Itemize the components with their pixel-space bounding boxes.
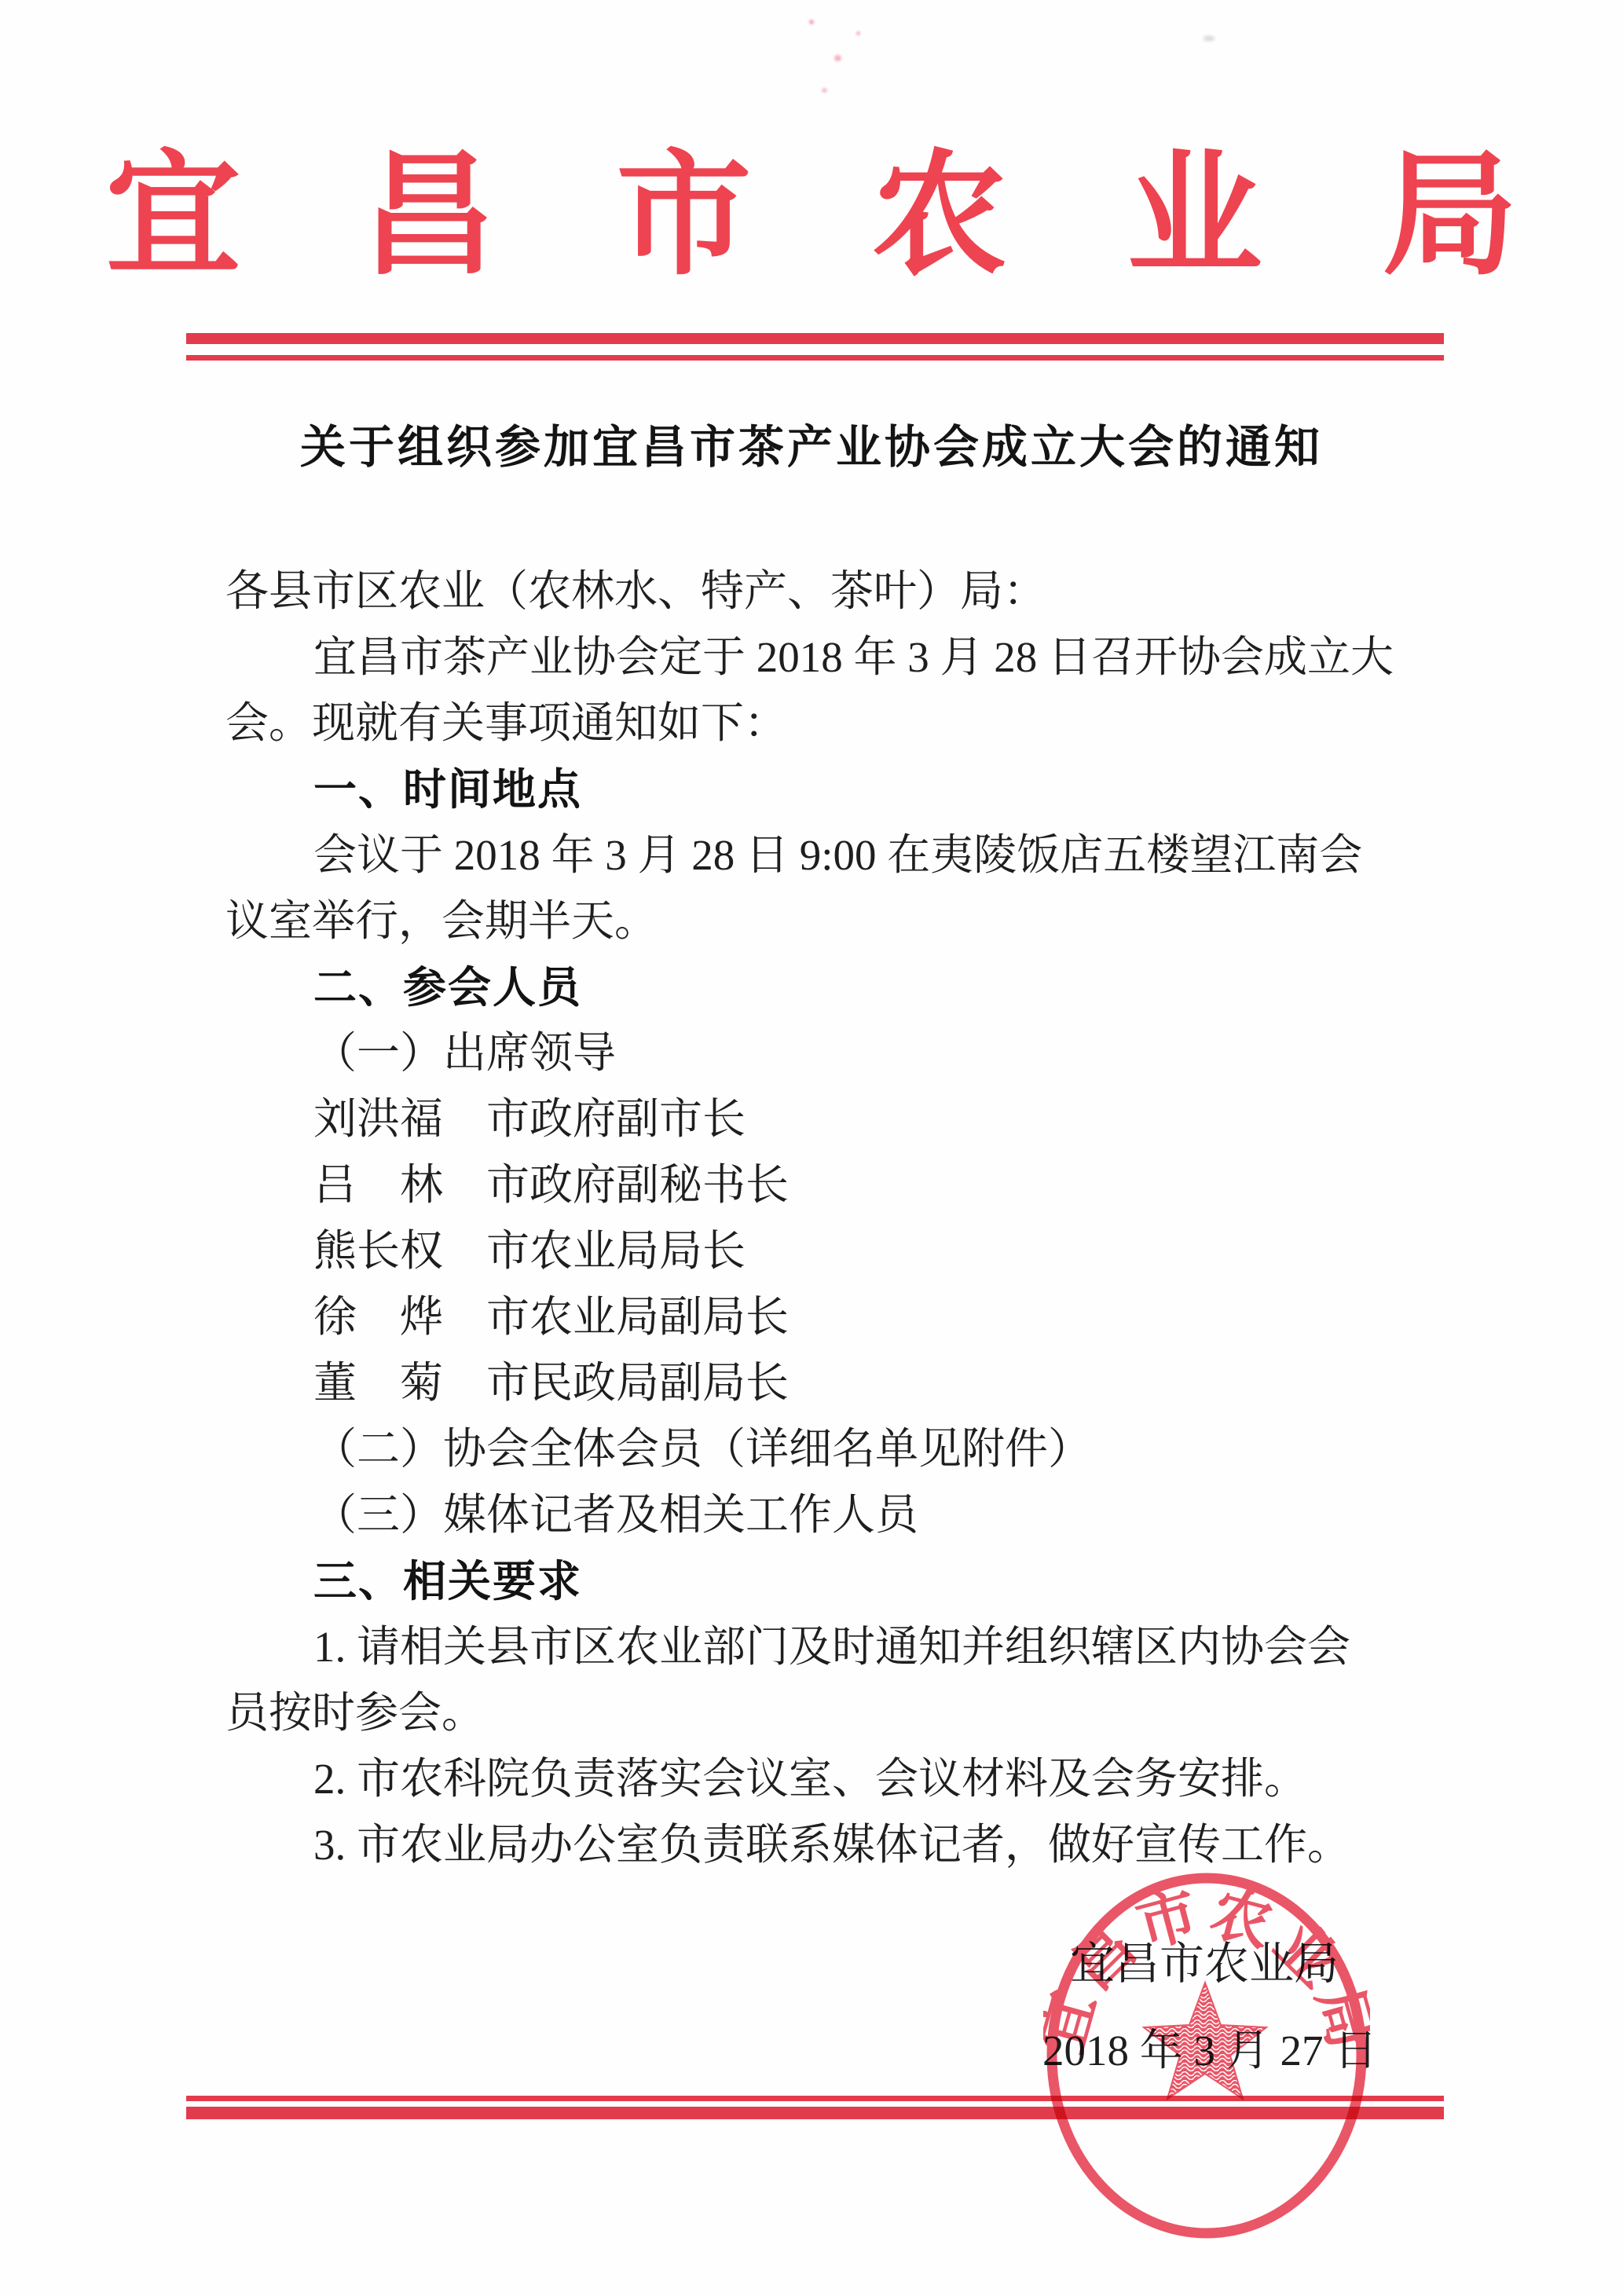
body-line: 员按时参会。 — [225, 1689, 485, 1738]
scan-noise-speck — [1204, 36, 1215, 41]
scanned-document-page: 宜 昌 市 农 业 局 关于组织参加宜昌市茶产业协会成立大会的通知 各县市区农业… — [0, 0, 1623, 2296]
header-rule-thick — [186, 333, 1444, 344]
scan-noise-speck — [822, 88, 827, 93]
attendee-line: 熊长权 市农业局局长 — [313, 1227, 746, 1276]
scan-noise-speck — [856, 31, 860, 35]
header-rule-thin — [186, 355, 1444, 361]
body-line: （三）媒体记者及相关工作人员 — [313, 1491, 918, 1540]
official-seal: 宜昌市农业局 — [1043, 1873, 1370, 2239]
section-heading: 三、相关要求 — [313, 1557, 582, 1606]
attendee-line: 董 菊 市民政局副局长 — [313, 1359, 789, 1408]
letterhead-agency-name: 宜 昌 市 农 业 局 — [0, 146, 1623, 288]
attendee-line: 吕 林 市政府副秘书长 — [313, 1161, 789, 1210]
body-line: 会议于 2018 年 3 月 28 日 9:00 在夷陵饭店五楼望江南会 — [313, 831, 1362, 880]
body-line: 会。现就有关事项通知如下： — [225, 699, 787, 748]
salutation-line: 各县市区农业（农林水、特产、茶叶）局： — [225, 567, 1046, 616]
body-line: （二）协会全体会员（详细名单见附件） — [313, 1425, 1091, 1474]
body-line: 1. 请相关县市区农业部门及时通知并组织辖区内协会会 — [313, 1623, 1350, 1672]
body-line: 宜昌市茶产业协会定于 2018 年 3 月 28 日召开协会成立大 — [313, 633, 1394, 682]
scan-noise-speck — [834, 55, 841, 61]
body-line: 2. 市农科院负责落实会议室、会议材料及会务安排。 — [313, 1755, 1307, 1803]
scan-noise-speck — [809, 20, 814, 24]
attendee-line: 徐 烨 市农业局副局长 — [313, 1293, 789, 1342]
attendee-line: 刘洪福 市政府副市长 — [313, 1095, 746, 1144]
body-line: （一）出席领导 — [313, 1029, 616, 1078]
section-heading: 二、参会人员 — [313, 963, 582, 1012]
document-title: 关于组织参加宜昌市茶产业协会成立大会的通知 — [0, 423, 1623, 473]
body-line: 议室举行，会期半天。 — [225, 897, 658, 946]
star-icon — [1144, 1983, 1266, 2099]
body-line: 3. 市农业局办公室负责联系媒体记者，做好宣传工作。 — [313, 1821, 1350, 1869]
section-heading: 一、时间地点 — [313, 765, 582, 814]
